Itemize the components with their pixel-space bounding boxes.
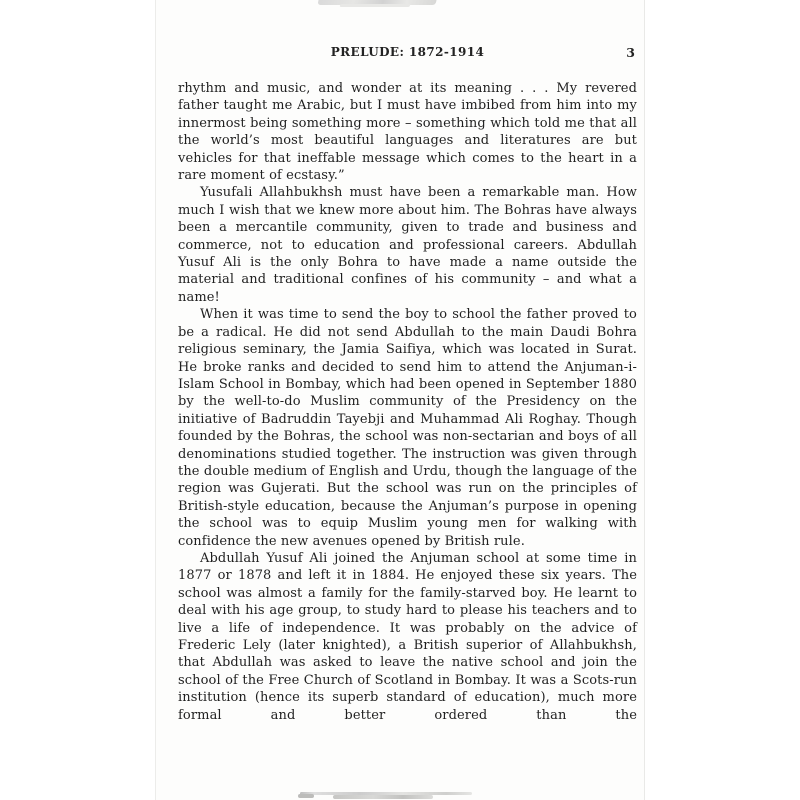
book-paragraph: Abdullah Yusuf Ali joined the Anjuman sc… bbox=[178, 550, 637, 724]
page-number: 3 bbox=[626, 45, 635, 60]
book-paragraph: rhythm and music, and wonder at its mean… bbox=[178, 80, 637, 184]
book-paragraph: Yusufali Allahbukhsh must have been a re… bbox=[178, 184, 637, 306]
running-header: PRELUDE: 1872-1914 3 bbox=[178, 45, 637, 61]
header-title: PRELUDE: 1872-1914 bbox=[178, 45, 637, 59]
book-paragraph: When it was time to send the boy to scho… bbox=[178, 306, 637, 550]
text-body: rhythm and music, and wonder at its mean… bbox=[178, 80, 637, 724]
scanned-book-page-view: PRELUDE: 1872-1914 3 rhythm and music, a… bbox=[0, 0, 800, 800]
